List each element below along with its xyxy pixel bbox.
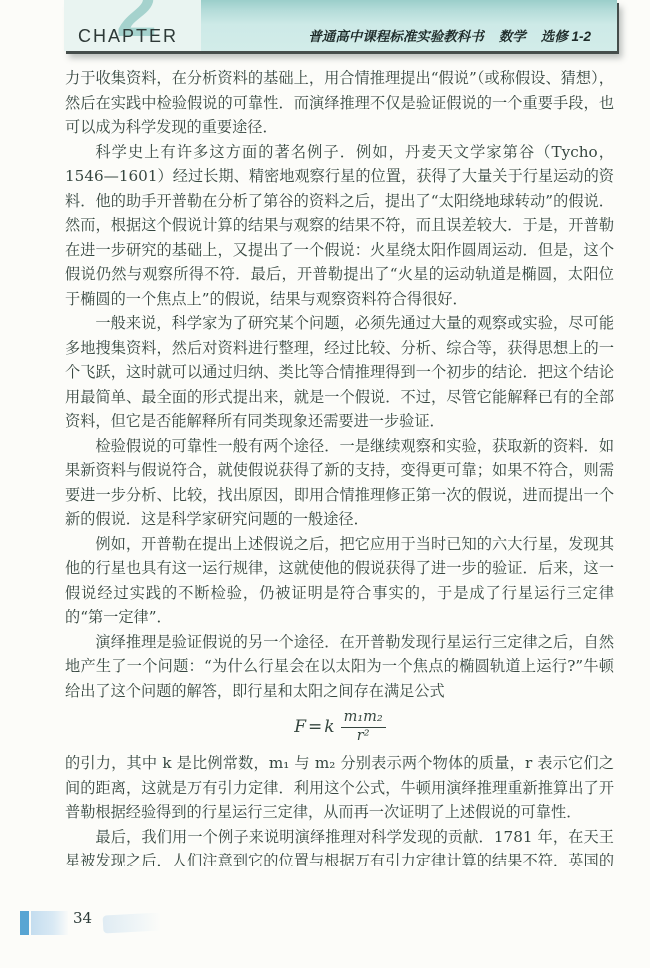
formula-coefficient: k xyxy=(324,715,334,740)
paragraph-tycho-kepler: 科学史上有许多这方面的著名例子．例如，丹麦天文学家第谷（Tycho，1546—1… xyxy=(65,140,614,312)
gravity-formula: F = k m₁m₂ r² xyxy=(65,703,614,751)
formula-numerator: m₁m₂ xyxy=(341,709,386,727)
scan-smudge xyxy=(103,912,162,933)
paragraph-first-law: 例如，开普勒在提出上述假说之后，把它应用于当时已知的六大行星，发现其他的行星也具… xyxy=(65,532,614,630)
paragraph-gravitation-law: 的引力，其中 k 是比例常数，m₁ 与 m₂ 分别表示两个物体的质量，r 表示它… xyxy=(65,751,614,825)
paragraph-hypothesis-method: 一般来说，科学家为了研究某个问题，必须先通过大量的观察或实验，尽可能多地搜集资料… xyxy=(65,311,614,434)
page-body: 力于收集资料，在分析资料的基础上，用合情推理提出“假说”（或称假设、猜想），然后… xyxy=(65,66,614,866)
formula-fraction: m₁m₂ r² xyxy=(341,709,386,745)
page-number: 34 xyxy=(73,909,92,927)
paragraph-verify-paths: 检验假说的可靠性一般有两个途径．一是继续观察和实验，获取新的资料．如果新资料与假… xyxy=(65,434,614,532)
page-marker-bar xyxy=(20,911,29,935)
chapter-header: 2 CHAPTER 普通高中课程标准实验教科书数学选修 1-2 xyxy=(64,0,617,51)
paragraph-deduction-newton: 演绎推理是验证假说的另一个途径．在开普勒发现行星运行三定律之后，自然地产生了一个… xyxy=(65,630,614,704)
book-title-subject: 数学 xyxy=(499,29,526,44)
paragraph-continuation: 力于收集资料，在分析资料的基础上，用合情推理提出“假说”（或称假设、猜想），然后… xyxy=(65,66,614,140)
chapter-label: CHAPTER xyxy=(78,26,178,47)
formula-equals: = xyxy=(308,715,322,740)
book-title-main: 普通高中课程标准实验教科书 xyxy=(308,29,484,44)
book-title: 普通高中课程标准实验教科书数学选修 1-2 xyxy=(308,25,591,45)
paragraph-neptune: 最后，我们用一个例子来说明演绎推理对科学发现的贡献．1781 年，在天王星被发现… xyxy=(65,825,614,867)
formula-lhs: F xyxy=(294,715,306,740)
book-title-volume: 选修 1-2 xyxy=(541,29,591,44)
textbook-page: 2 CHAPTER 普通高中课程标准实验教科书数学选修 1-2 力于收集资料，在… xyxy=(0,0,650,968)
formula-denominator: r² xyxy=(354,728,373,745)
page-marker-fade xyxy=(31,911,68,935)
chapter-box: 2 CHAPTER xyxy=(64,0,201,51)
